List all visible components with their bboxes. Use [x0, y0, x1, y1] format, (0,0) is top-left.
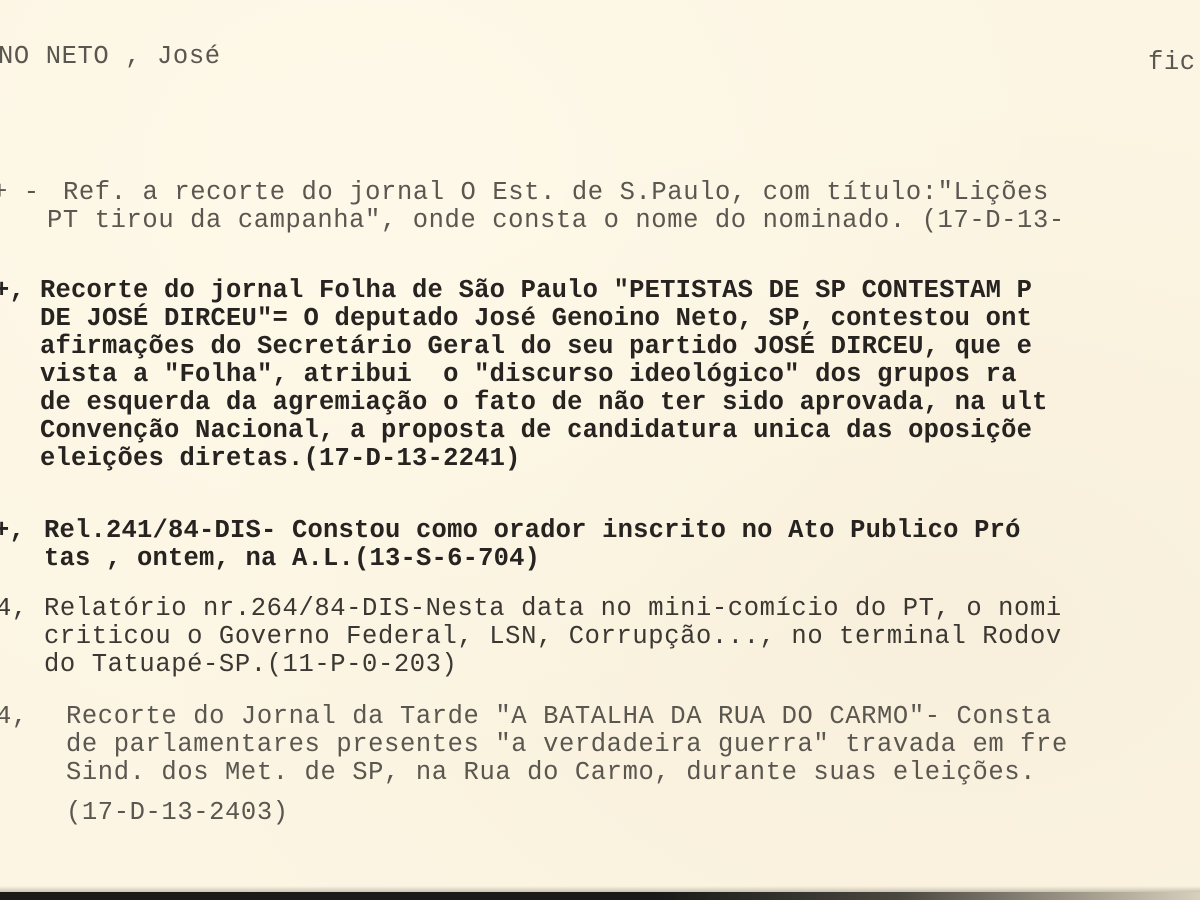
- entry-line: tas , ontem, na A.L.(13-S-6-704): [44, 546, 540, 572]
- entry-line: Sind. dos Met. de SP, na Rua do Carmo, d…: [66, 760, 1036, 786]
- entry-line: vista a "Folha", atribui o "discurso ide…: [40, 362, 1017, 388]
- card-bottom-edge: [0, 892, 1200, 900]
- entry-line: de parlamentares presentes "a verdadeira…: [66, 732, 1068, 758]
- entry-marker: + -: [0, 180, 40, 206]
- entry-line: Rel.241/84-DIS- Constou como orador insc…: [44, 518, 1021, 544]
- entry-line: Recorte do Jornal da Tarde "A BATALHA DA…: [66, 704, 1052, 730]
- entry-line: (17-D-13-2403): [66, 800, 289, 826]
- entry-line: Ref. a recorte do jornal O Est. de S.Pau…: [63, 180, 1049, 206]
- entry-line: Relatório nr.264/84-DIS-Nesta data no mi…: [44, 596, 1062, 622]
- entry-line: do Tatuapé-SP.(11-P-0-203): [44, 652, 457, 678]
- card-header-right: fic: [1148, 50, 1196, 76]
- index-card: NO NETO , José fic + - Ref. a recorte do…: [0, 0, 1200, 900]
- entry-line: Recorte do jornal Folha de São Paulo "PE…: [40, 278, 1032, 304]
- entry-line: de esquerda da agremiação o fato de não …: [40, 390, 1048, 416]
- entry-line: Convenção Nacional, a proposta de candid…: [40, 418, 1032, 444]
- entry-line: criticou o Governo Federal, LSN, Corrupç…: [44, 624, 1062, 650]
- entry-line: eleições diretas.(17-D-13-2241): [40, 446, 521, 472]
- entry-marker: 4,: [0, 596, 28, 622]
- card-header-name: NO NETO , José: [0, 44, 221, 70]
- entry-line: afirmações do Secretário Geral do seu pa…: [40, 334, 1032, 360]
- entry-line: DE JOSÉ DIRCEU"= O deputado José Genoino…: [40, 306, 1032, 332]
- entry-marker: +,: [0, 278, 25, 304]
- entry-line: PT tirou da campanha", onde consta o nom…: [47, 208, 1065, 234]
- entry-marker: 4,: [0, 704, 28, 730]
- entry-marker: +,: [0, 518, 25, 544]
